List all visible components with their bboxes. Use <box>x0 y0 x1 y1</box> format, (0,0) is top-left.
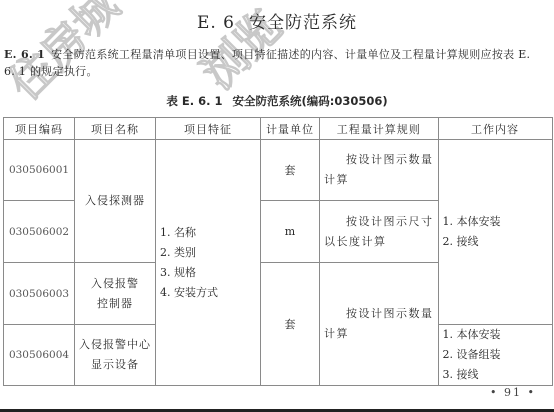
section-title: 安全防范系统 <box>249 13 357 33</box>
item-code: 030506003 <box>4 263 75 325</box>
name-line: 控制器 <box>79 294 151 314</box>
rule-line: 以长度计算 <box>324 232 434 252</box>
header-unit: 计量单位 <box>261 118 320 140</box>
clause-paragraph: E. 6. 1安全防范系统工程量清单项目设置、项目特征描述的内容、计量单位及工程… <box>4 46 544 80</box>
feature-item: 2. 类别 <box>160 243 256 263</box>
item-unit: 套 <box>261 263 320 386</box>
item-work: 1. 本体安装 2. 接线 <box>438 140 552 325</box>
work-item: 1. 本体安装 <box>443 325 548 345</box>
item-work: 1. 本体安装 2. 设备组装 3. 接线 <box>438 325 552 386</box>
item-rule: 按设计图示尺寸 以长度计算 <box>320 201 439 263</box>
table-row: 030506001 入侵探测器 1. 名称 2. 类别 3. 规格 4. 安装方… <box>4 140 553 201</box>
rule-line: 计算 <box>324 324 434 344</box>
item-name: 入侵报警中心 显示设备 <box>75 325 156 386</box>
item-unit: 套 <box>261 140 320 201</box>
header-features: 项目特征 <box>156 118 261 140</box>
name-line: 入侵报警 <box>79 274 151 294</box>
section-number: E. 6 <box>197 13 235 33</box>
spec-table: 项目编码 项目名称 项目特征 计量单位 工程量计算规则 工作内容 0305060… <box>3 117 553 386</box>
item-unit: m <box>261 201 320 263</box>
work-item: 2. 设备组装 <box>443 345 548 365</box>
table-id: 表 E. 6. 1 <box>166 94 222 108</box>
work-item: 1. 本体安装 <box>443 212 548 232</box>
rule-line: 计算 <box>324 170 434 190</box>
item-code: 030506002 <box>4 201 75 263</box>
rule-line: 按设计图示数量 <box>324 150 434 170</box>
item-name: 入侵探测器 <box>75 140 156 263</box>
clause-text: 安全防范系统工程量清单项目设置、项目特征描述的内容、计量单位及工程量计算规则应按… <box>4 48 530 78</box>
feature-item: 1. 名称 <box>160 223 256 243</box>
name-line: 显示设备 <box>79 355 151 375</box>
section-heading: E. 6安全防范系统 <box>0 8 554 33</box>
name-line: 入侵报警中心 <box>79 335 151 355</box>
header-work: 工作内容 <box>438 118 552 140</box>
item-features: 1. 名称 2. 类别 3. 规格 4. 安装方式 <box>156 140 261 386</box>
table-title: 安全防范系统(编码:030506) <box>232 94 387 108</box>
page-number: • 91 • <box>490 386 536 399</box>
header-name: 项目名称 <box>75 118 156 140</box>
feature-item: 3. 规格 <box>160 263 256 283</box>
item-rule: 按设计图示数量 计算 <box>320 140 439 201</box>
header-code: 项目编码 <box>4 118 75 140</box>
clause-number: E. 6. 1 <box>4 48 45 61</box>
rule-line: 按设计图示数量 <box>324 304 434 324</box>
feature-item: 4. 安装方式 <box>160 283 256 303</box>
work-item: 2. 接线 <box>443 232 548 252</box>
work-item: 3. 接线 <box>443 365 548 385</box>
item-name: 入侵报警 控制器 <box>75 263 156 325</box>
rule-line: 按设计图示尺寸 <box>324 212 434 232</box>
item-rule: 按设计图示数量 计算 <box>320 263 439 386</box>
item-code: 030506001 <box>4 140 75 201</box>
table-header-row: 项目编码 项目名称 项目特征 计量单位 工程量计算规则 工作内容 <box>4 118 553 140</box>
item-code: 030506004 <box>4 325 75 386</box>
table-caption: 表 E. 6. 1安全防范系统(编码:030506) <box>0 93 554 109</box>
header-rule: 工程量计算规则 <box>320 118 439 140</box>
